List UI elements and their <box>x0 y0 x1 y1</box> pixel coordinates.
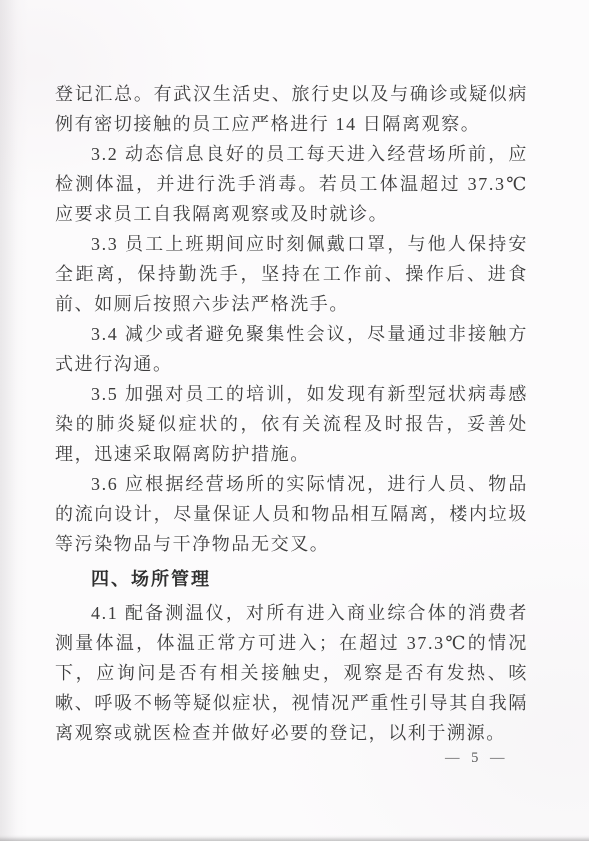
paragraph-continuation: 登记汇总。有武汉生活史、旅行史以及与确诊或疑似病例有密切接触的员工应严格进行 1… <box>55 79 528 139</box>
paragraph-3-5: 3.5 加强对员工的培训，如发现有新型冠状病毒感染的肺炎疑似症状的，依有关流程及… <box>55 379 528 469</box>
paragraph-3-4: 3.4 减少或者避免聚集性会议，尽量通过非接触方式进行沟通。 <box>55 319 528 379</box>
paragraph-3-2: 3.2 动态信息良好的员工每天进入经营场所前，应检测体温，并进行洗手消毒。若员工… <box>55 139 528 229</box>
section-heading-venue-management: 四、场所管理 <box>55 564 528 594</box>
scan-edge-shadow-left <box>0 0 18 841</box>
paragraph-3-3: 3.3 员工上班期间应时刻佩戴口罩，与他人保持安全距离，保持勤洗手，坚持在工作前… <box>55 229 528 319</box>
paragraph-3-6: 3.6 应根据经营场所的实际情况，进行人员、物品的流向设计，尽量保证人员和物品相… <box>55 469 528 559</box>
scan-edge-shadow-bottom <box>0 837 589 841</box>
paragraph-4-1: 4.1 配备测温仪，对所有进入商业综合体的消费者测量体温，体温正常方可进入；在超… <box>55 598 528 748</box>
document-text-block: 登记汇总。有武汉生活史、旅行史以及与确诊或疑似病例有密切接触的员工应严格进行 1… <box>55 79 528 748</box>
scanned-document-page: 登记汇总。有武汉生活史、旅行史以及与确诊或疑似病例有密切接触的员工应严格进行 1… <box>0 0 589 841</box>
page-number: — 5 — <box>445 749 509 767</box>
